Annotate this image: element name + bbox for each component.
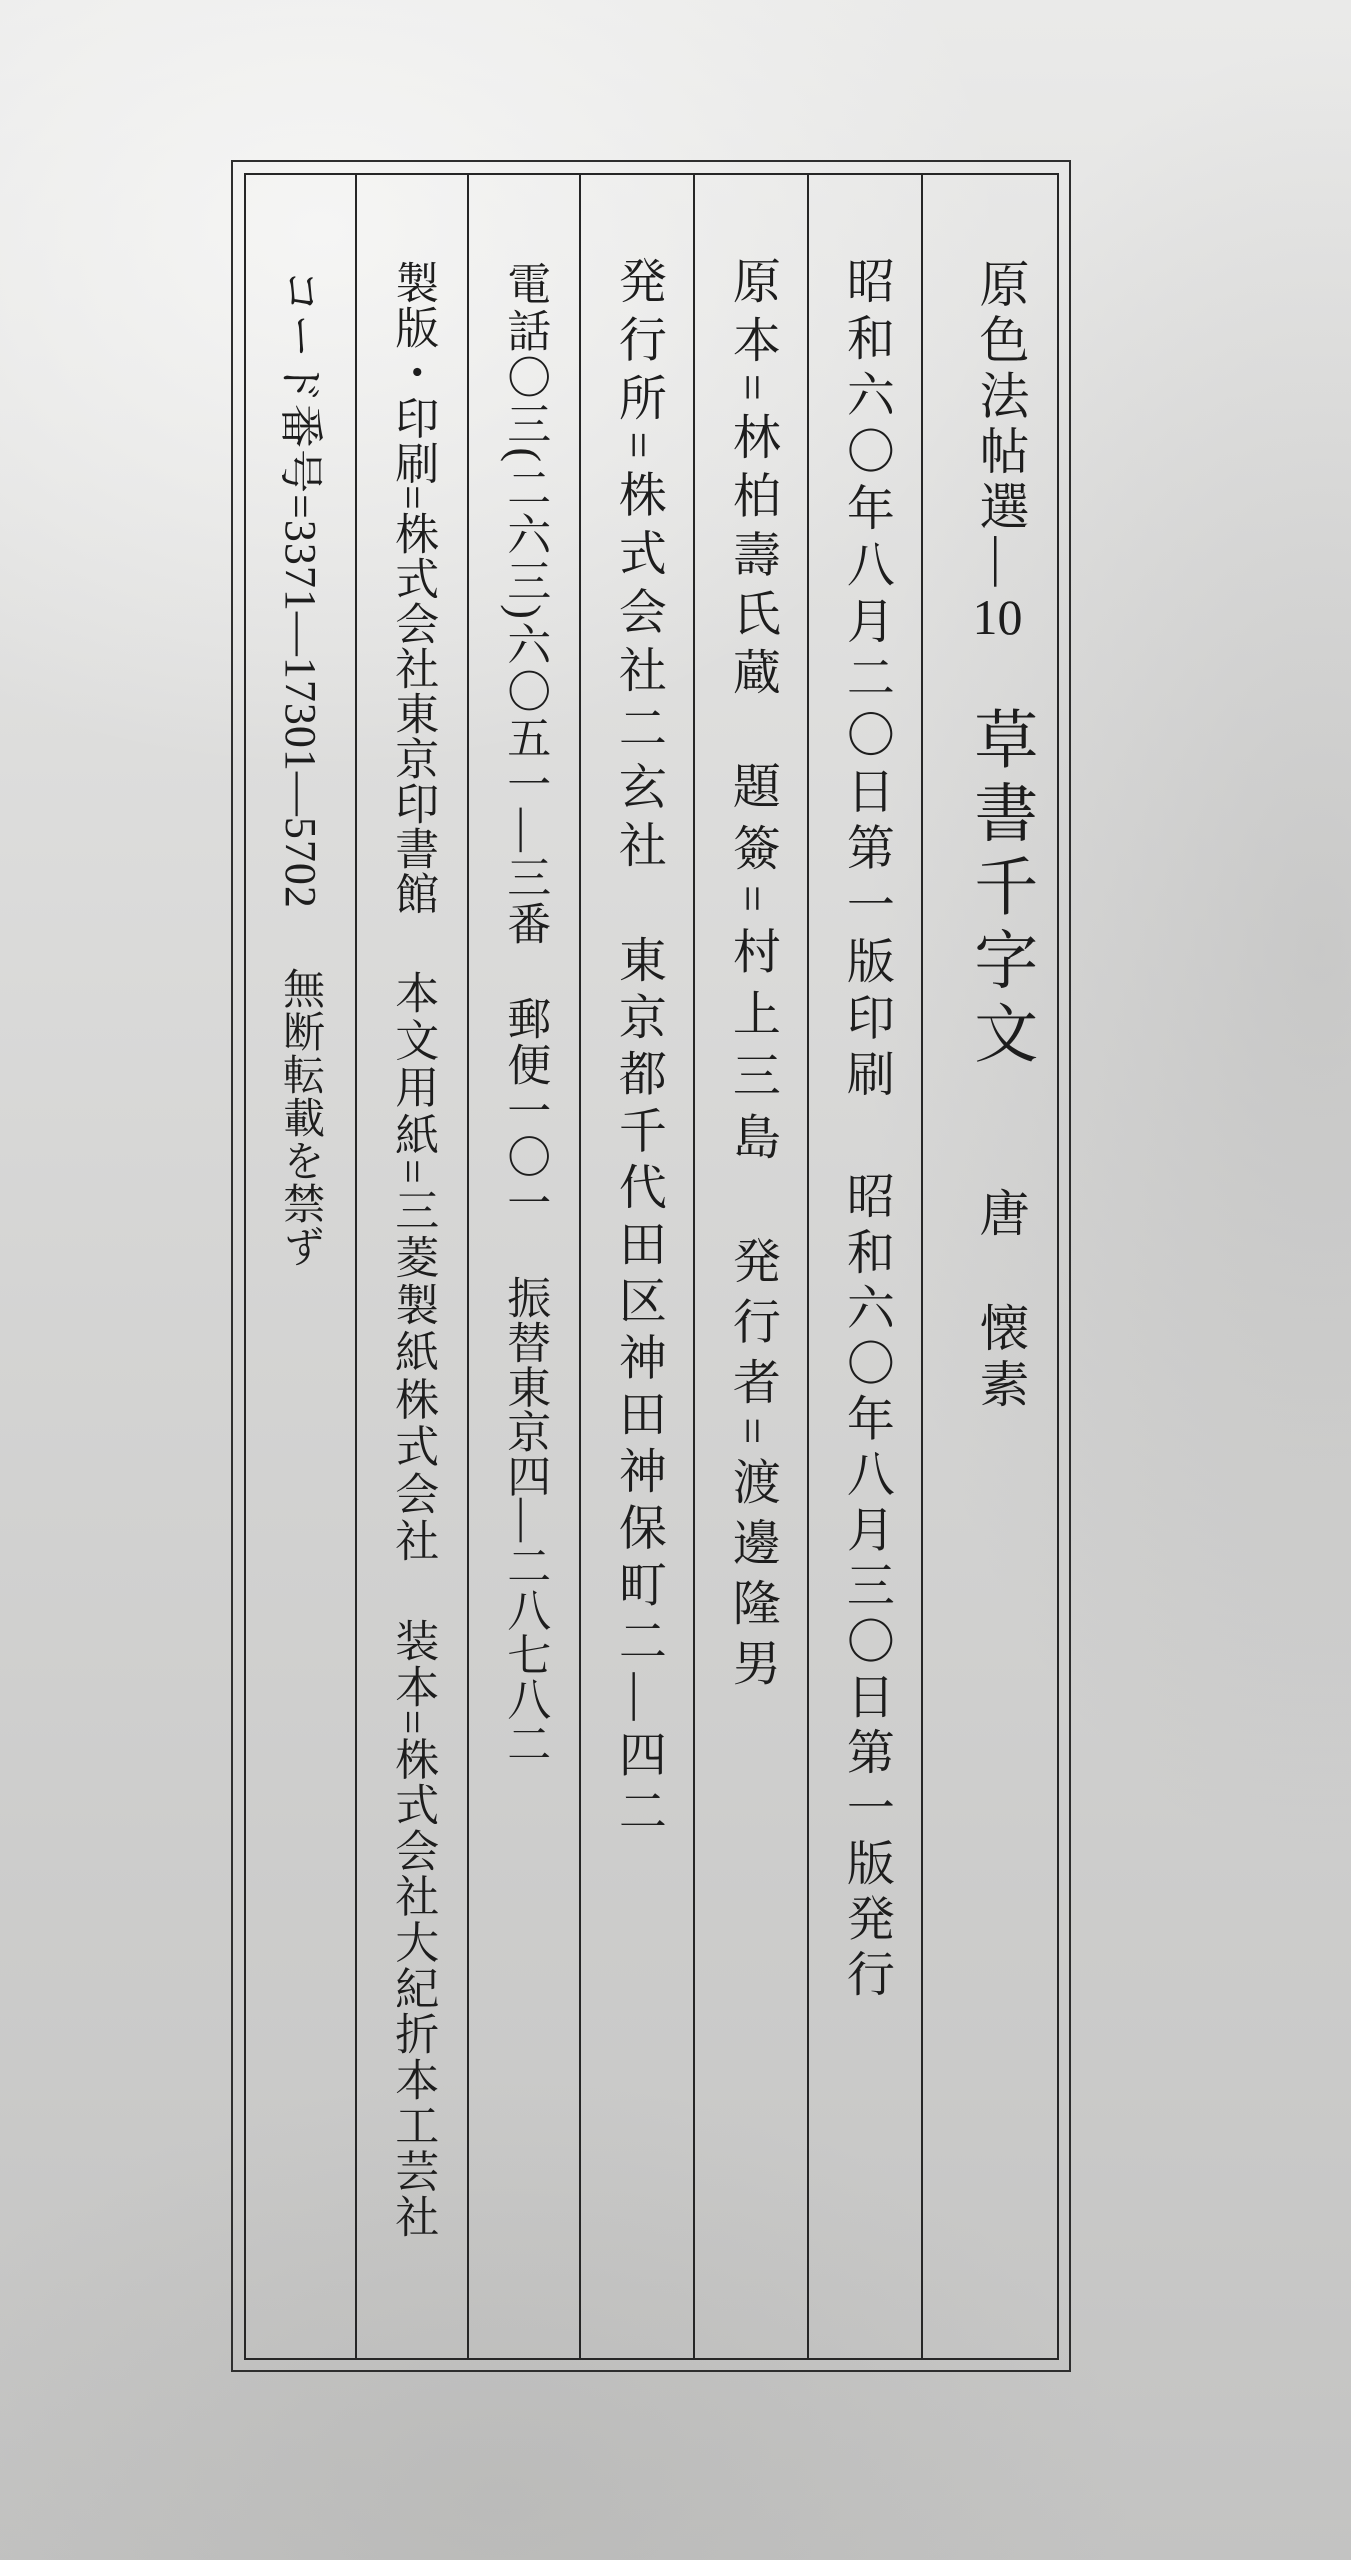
book-title: 草書千字文 — [965, 706, 1035, 1064]
series-name: 原色法帖選 — [973, 258, 1029, 536]
publisher-company: 発行所=株式会社二玄社 — [611, 256, 664, 868]
phone-number: 電話〇三(二六三)六〇五一—三番 — [500, 261, 548, 945]
transfer-account: 振替東京四—二八七八二 — [500, 1275, 548, 1765]
original-owner: 原本=林柏壽氏蔵 — [725, 256, 778, 695]
contact-column: 電話〇三(二六三)六〇五一—三番 郵便一〇一 振替東京四—二八七八二 — [468, 0, 580, 2560]
product-code: コード番号=3371—17301—5702 — [276, 269, 324, 919]
print-date: 昭和六〇年八月二〇日第一版印刷 — [839, 256, 892, 1097]
volume-number: 10 — [973, 586, 1029, 642]
dates-column: 昭和六〇年八月二〇日第一版印刷 昭和六〇年八月三〇日第一版発行 — [808, 0, 922, 2560]
binding-company: 装本=株式会社大紀折本工芸社 — [388, 1618, 436, 2238]
colophon-page: 原色法帖選—10 草書千字文 唐 懐素 昭和六〇年八月二〇日第一版印刷 昭和六〇… — [0, 0, 1351, 2560]
production-column: 製版・印刷=株式会社東京印書館 本文用紙=三菱製紙株式会社 装本=株式会社大紀折… — [356, 0, 468, 2560]
author-name: 懐素 — [973, 1302, 1028, 1408]
postal-code: 郵便一〇一 — [500, 996, 548, 1224]
publisher-person: 発行者=渡邊隆男 — [725, 1236, 778, 1686]
title-column: 原色法帖選—10 草書千字文 唐 懐素 — [933, 0, 1067, 2560]
credits-column: 原本=林柏壽氏蔵 題簽=村上三島 発行者=渡邊隆男 — [694, 0, 808, 2560]
publisher-column: 発行所=株式会社二玄社 東京都千代田区神田神保町二—四二 — [580, 0, 694, 2560]
publisher-address: 東京都千代田区神田神保町二—四二 — [611, 935, 664, 1834]
paper-supplier: 本文用紙=三菱製紙株式会社 — [388, 970, 436, 1562]
dynasty-label: 唐 — [973, 1187, 1028, 1239]
series-title: 原色法帖選—10 — [973, 258, 1028, 642]
copyright-notice: 無断転載を禁ず — [277, 967, 323, 1267]
code-column: コード番号=3371—17301—5702 無断転載を禁ず — [244, 0, 356, 2560]
printing-company: 製版・印刷=株式会社東京印書館 — [388, 260, 436, 915]
title-slip-calligrapher: 題簽=村上三島 — [725, 761, 778, 1160]
series-dash: — — [973, 536, 1029, 586]
publish-date: 昭和六〇年八月三〇日第一版発行 — [839, 1171, 892, 1997]
